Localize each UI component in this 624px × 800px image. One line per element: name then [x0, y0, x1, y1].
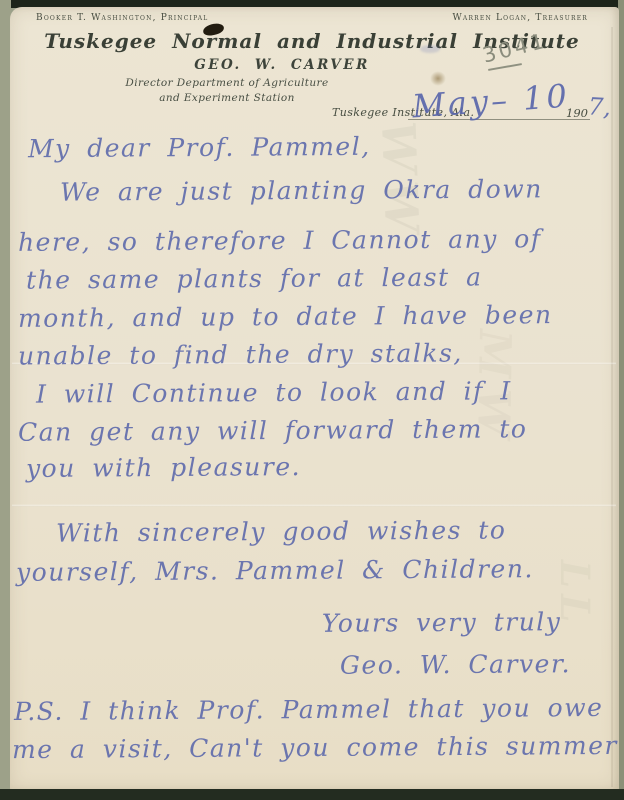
ink-smudge: [420, 45, 440, 53]
scan-border-bottom: [0, 789, 624, 800]
letter-line: I will Continue to look and if I: [36, 376, 512, 408]
handwritten-year-digit: 7,: [587, 92, 611, 121]
postscript-line: me a visit, Can't you come this summer: [12, 731, 618, 764]
paper-stain: [430, 71, 446, 86]
letter-line: Can get any will forward them to: [18, 414, 528, 447]
letter-closing: Yours very truly: [322, 607, 562, 638]
letter-signature: Geo. W. Carver.: [340, 649, 571, 680]
scanned-letter: WW MW LL Booker T. Washington, Principal…: [0, 0, 624, 800]
fold-crease: [12, 504, 616, 507]
letter-line: here, so therefore I Cannot any of: [18, 224, 542, 257]
principal-name: Booker T. Washington, Principal: [36, 13, 208, 23]
letter-line: you with pleasure.: [26, 452, 301, 483]
letter-line: the same plants for at least a: [26, 262, 483, 294]
letter-salutation: My dear Prof. Pammel,: [28, 132, 371, 163]
letter-line: month, and up to date I have been: [18, 300, 553, 333]
letter-line: unable to find the dry stalks,: [18, 338, 463, 370]
letter-content: WW MW LL Booker T. Washington, Principal…: [0, 0, 624, 800]
letter-line: With sincerely good wishes to: [56, 515, 507, 547]
dept-line-1: Director Department of Agriculture: [0, 77, 454, 89]
postscript-line: P.S. I think Prof. Pammel that you owe: [14, 693, 604, 726]
letter-line: We are just planting Okra down: [60, 174, 543, 206]
dept-line-2: and Experiment Station: [0, 92, 454, 104]
letter-line: yourself, Mrs. Pammel & Children.: [16, 554, 534, 587]
treasurer-name: Warren Logan, Treasurer: [452, 13, 588, 23]
writer-name: GEO. W. CARVER: [0, 57, 564, 73]
